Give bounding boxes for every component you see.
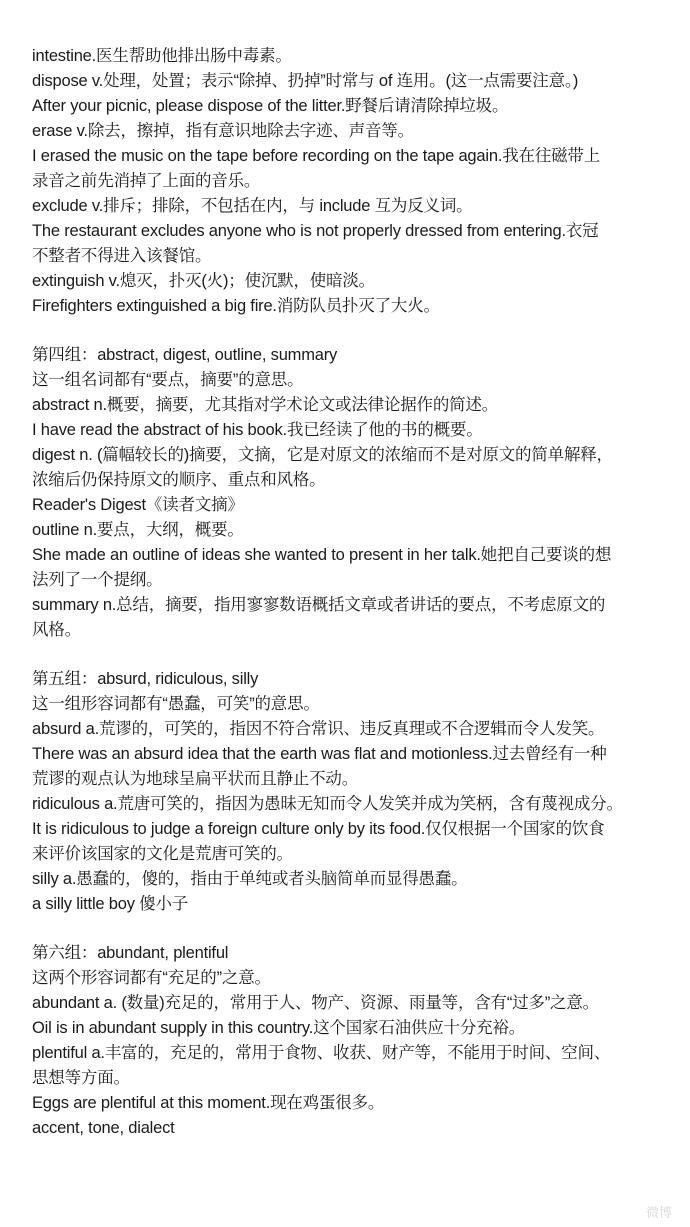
section-spacer [32,643,682,667]
text-line: Firefighters extinguished a big fire.消防队… [32,294,682,319]
text-line: 思想等方面。 [32,1066,682,1091]
text-line: a silly little boy 傻小子 [32,892,682,917]
text-line: dispose v.处理，处置；表示“除掉、扔掉”时常与 of 连用。(这一点需… [32,69,682,94]
section-spacer [32,917,682,941]
text-line: 法列了一个提纲。 [32,568,682,593]
text-line: digest n. (篇幅较长的)摘要，文摘，它是对原文的浓缩而不是对原文的简单… [32,443,682,468]
text-line: abstract n.概要，摘要，尤其指对学术论文或法律论据作的简述。 [32,393,682,418]
text-line: I have read the abstract of his book.我已经… [32,418,682,443]
text-line: Eggs are plentiful at this moment.现在鸡蛋很多… [32,1091,682,1116]
text-line: There was an absurd idea that the earth … [32,742,682,767]
section-group-5: 第五组：absurd, ridiculous, silly 这一组形容词都有“愚… [32,667,682,917]
section-group-6: 第六组：abundant, plentiful 这两个形容词都有“充足的”之意。… [32,941,682,1141]
text-line: After your picnic, please dispose of the… [32,94,682,119]
text-line: plentiful a.丰富的，充足的，常用于食物、收获、财产等，不能用于时间、… [32,1041,682,1066]
text-line: 录音之前先消掉了上面的音乐。 [32,169,682,194]
text-line: Reader's Digest《读者文摘》 [32,493,682,518]
text-line: ridiculous a.荒唐可笑的，指因为愚昧无知而令人发笑并成为笑柄，含有蔑… [32,792,682,817]
section-heading: 第六组：abundant, plentiful [32,941,682,966]
text-line: It is ridiculous to judge a foreign cult… [32,817,682,842]
text-line: outline n.要点，大纲，概要。 [32,518,682,543]
section-heading: 第五组：absurd, ridiculous, silly [32,667,682,692]
text-line: The restaurant excludes anyone who is no… [32,219,682,244]
text-line: silly a.愚蠢的，傻的，指由于单纯或者头脑简单而显得愚蠢。 [32,867,682,892]
text-line: I erased the music on the tape before re… [32,144,682,169]
section-spacer [32,319,682,343]
text-line: accent, tone, dialect [32,1116,682,1141]
text-line: She made an outline of ideas she wanted … [32,543,682,568]
watermark: 微博 [646,1202,672,1221]
text-line: extinguish v.熄灭，扑灭(火)；使沉默，使暗淡。 [32,269,682,294]
text-line: 风格。 [32,618,682,643]
text-line: exclude v.排斥；排除，不包括在内，与 include 互为反义词。 [32,194,682,219]
text-line: abundant a. (数量)充足的，常用于人、物产、资源、雨量等，含有“过多… [32,991,682,1016]
text-line: 这一组名词都有“要点，摘要”的意思。 [32,368,682,393]
text-line: 荒谬的观点认为地球呈扁平状而且静止不动。 [32,767,682,792]
text-line: 这一组形容词都有“愚蠢，可笑”的意思。 [32,692,682,717]
section-heading: 第四组：abstract, digest, outline, summary [32,343,682,368]
text-line: summary n.总结，摘要，指用寥寥数语概括文章或者讲话的要点，不考虑原文的 [32,593,682,618]
text-line: absurd a.荒谬的，可笑的，指因不符合常识、违反真理或不合逻辑而令人发笑。 [32,717,682,742]
document-page: intestine.医生帮助他排出肠中毒素。 dispose v.处理，处置；表… [32,44,682,1141]
text-line: erase v.除去，擦掉，指有意识地除去字迹、声音等。 [32,119,682,144]
text-line: 浓缩后仍保持原文的顺序、重点和风格。 [32,468,682,493]
text-line: 这两个形容词都有“充足的”之意。 [32,966,682,991]
text-line: 来评价该国家的文化是荒唐可笑的。 [32,842,682,867]
text-line: intestine.医生帮助他排出肠中毒素。 [32,44,682,69]
section-group-3-tail: intestine.医生帮助他排出肠中毒素。 dispose v.处理，处置；表… [32,44,682,319]
text-line: Oil is in abundant supply in this countr… [32,1016,682,1041]
section-group-4: 第四组：abstract, digest, outline, summary 这… [32,343,682,643]
text-line: 不整者不得进入该餐馆。 [32,244,682,269]
